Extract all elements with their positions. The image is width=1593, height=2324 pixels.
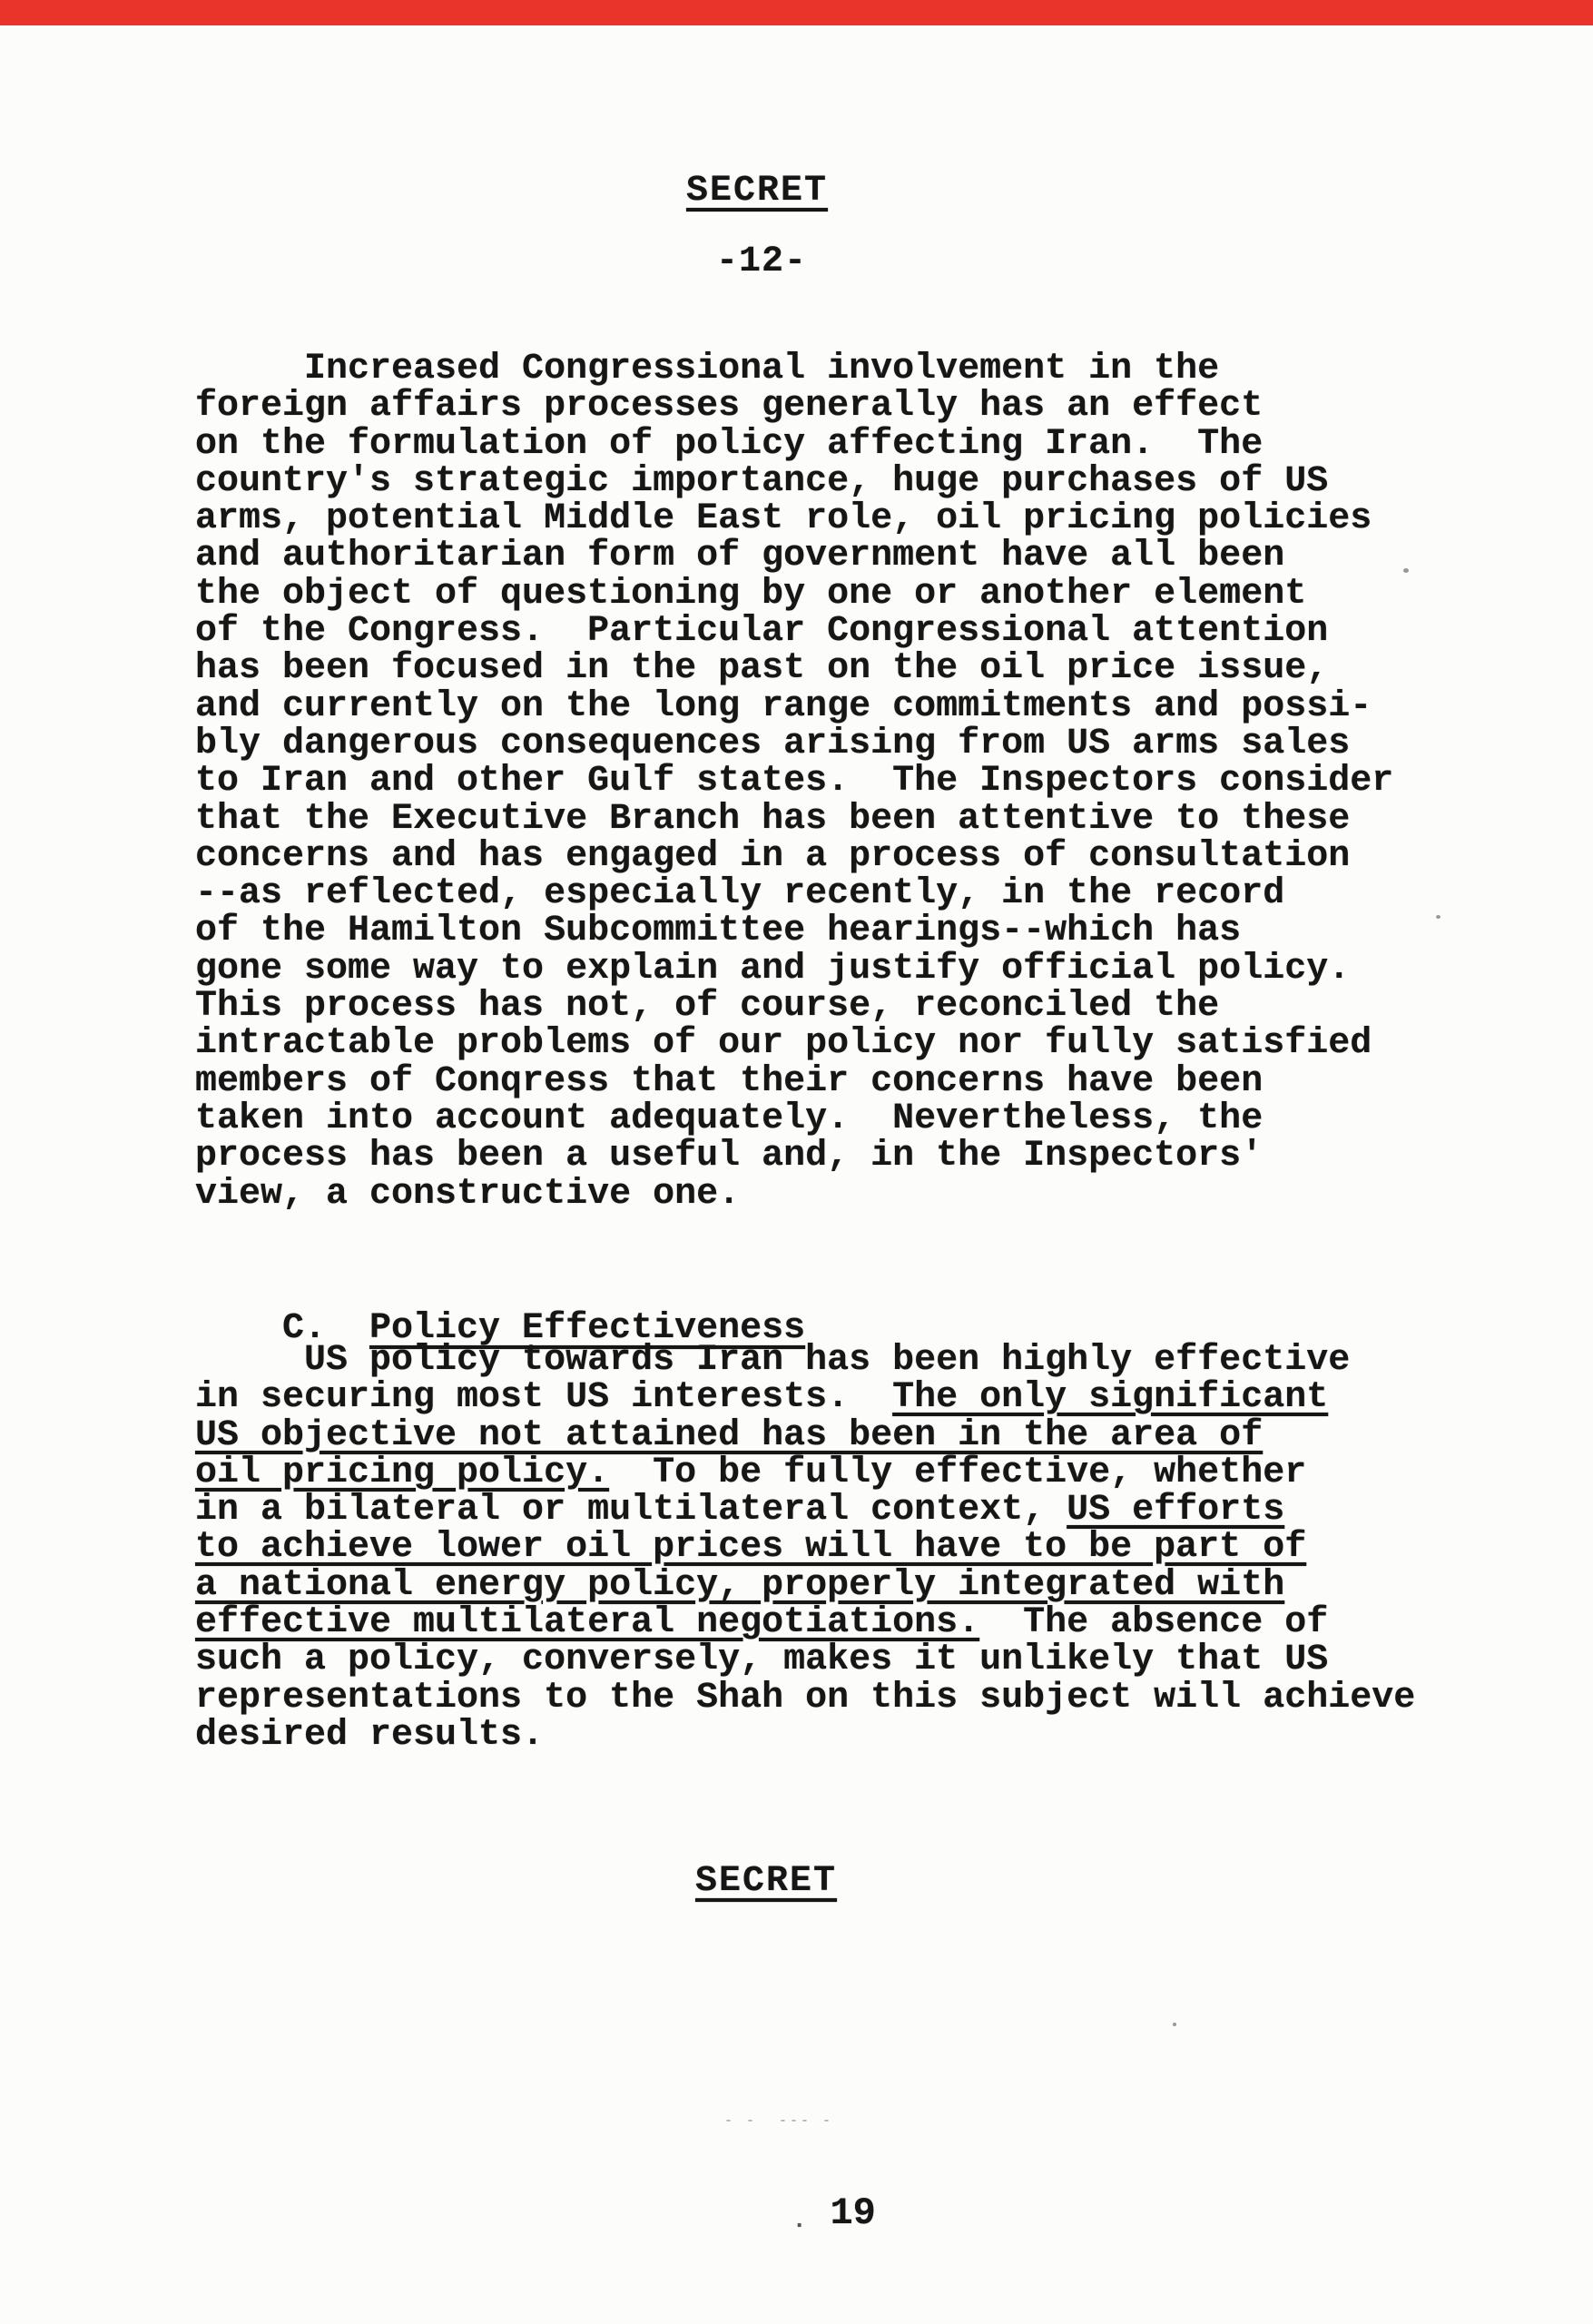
text-line: members of Conqress that their concerns … bbox=[195, 1063, 1393, 1100]
text-line: such a policy, conversely, makes it unli… bbox=[195, 1641, 1415, 1679]
text-line: of the Hamilton Subcommittee hearings--w… bbox=[195, 912, 1393, 950]
text-line: foreign affairs processes generally has … bbox=[195, 388, 1393, 425]
text-line: desired results. bbox=[195, 1717, 1415, 1754]
document-page: SECRET -12- Increased Congressional invo… bbox=[0, 0, 1593, 2324]
stray-dot: . bbox=[792, 2207, 807, 2234]
classification-header: SECRET bbox=[686, 171, 828, 212]
scan-speckle bbox=[1173, 2023, 1176, 2026]
text-line: intractable problems of our policy nor f… bbox=[195, 1025, 1393, 1062]
text-line: gone some way to explain and justify off… bbox=[195, 950, 1393, 988]
text-line: view, a constructive one. bbox=[195, 1176, 1393, 1213]
text-line: on the formulation of policy affecting I… bbox=[195, 426, 1393, 463]
text-line: effective multilateral negotiations. The… bbox=[195, 1604, 1415, 1641]
classification-footer: SECRET bbox=[695, 1861, 837, 1902]
red-classification-banner bbox=[0, 0, 1593, 25]
text-line: bly dangerous consequences arising from … bbox=[195, 725, 1393, 763]
scan-speckle bbox=[1403, 568, 1409, 573]
text-line: concerns and has engaged in a process of… bbox=[195, 838, 1393, 875]
text-line: and currently on the long range commitme… bbox=[195, 688, 1393, 725]
text-line: representations to the Shah on this subj… bbox=[195, 1679, 1415, 1717]
text-line: oil pricing policy. To be fully effectiv… bbox=[195, 1454, 1415, 1492]
text-line: --as reflected, especially recently, in … bbox=[195, 875, 1393, 912]
text-line: of the Congress. Particular Congressiona… bbox=[195, 613, 1393, 650]
text-line: and authoritarian form of government hav… bbox=[195, 537, 1393, 575]
footer-page-number-value: 19 bbox=[830, 2191, 875, 2235]
text-line: a national energy policy, properly integ… bbox=[195, 1567, 1415, 1604]
text-line: arms, potential Middle East role, oil pr… bbox=[195, 500, 1393, 537]
paragraph-1: Increased Congressional involvement in t… bbox=[195, 350, 1393, 1213]
text-line: has been focused in the past on the oil … bbox=[195, 650, 1393, 687]
scan-speckle bbox=[1436, 915, 1441, 919]
text-line: This process has not, of course, reconci… bbox=[195, 988, 1393, 1025]
text-line: the object of questioning by one or anot… bbox=[195, 576, 1393, 613]
text-line: country's strategic importance, huge pur… bbox=[195, 463, 1393, 500]
paragraph-2: US policy towards Iran has been highly e… bbox=[195, 1342, 1415, 1754]
page-number-header: -12- bbox=[716, 241, 807, 282]
footer-page-number: .19 bbox=[701, 2148, 876, 2279]
text-line: in a bilateral or multilateral context, … bbox=[195, 1492, 1415, 1529]
pencil-marks: - - --- - bbox=[724, 2113, 833, 2129]
text-line: that the Executive Branch has been atten… bbox=[195, 801, 1393, 838]
text-line: Increased Congressional involvement in t… bbox=[195, 350, 1393, 388]
text-line: US policy towards Iran has been highly e… bbox=[195, 1342, 1415, 1379]
text-line: in securing most US interests. The only … bbox=[195, 1379, 1415, 1416]
text-line: process has been a useful and, in the In… bbox=[195, 1137, 1393, 1175]
text-line: to achieve lower oil prices will have to… bbox=[195, 1529, 1415, 1566]
text-line: US objective not attained has been in th… bbox=[195, 1417, 1415, 1454]
text-line: taken into account adequately. Neverthel… bbox=[195, 1100, 1393, 1137]
text-line: to Iran and other Gulf states. The Inspe… bbox=[195, 763, 1393, 800]
